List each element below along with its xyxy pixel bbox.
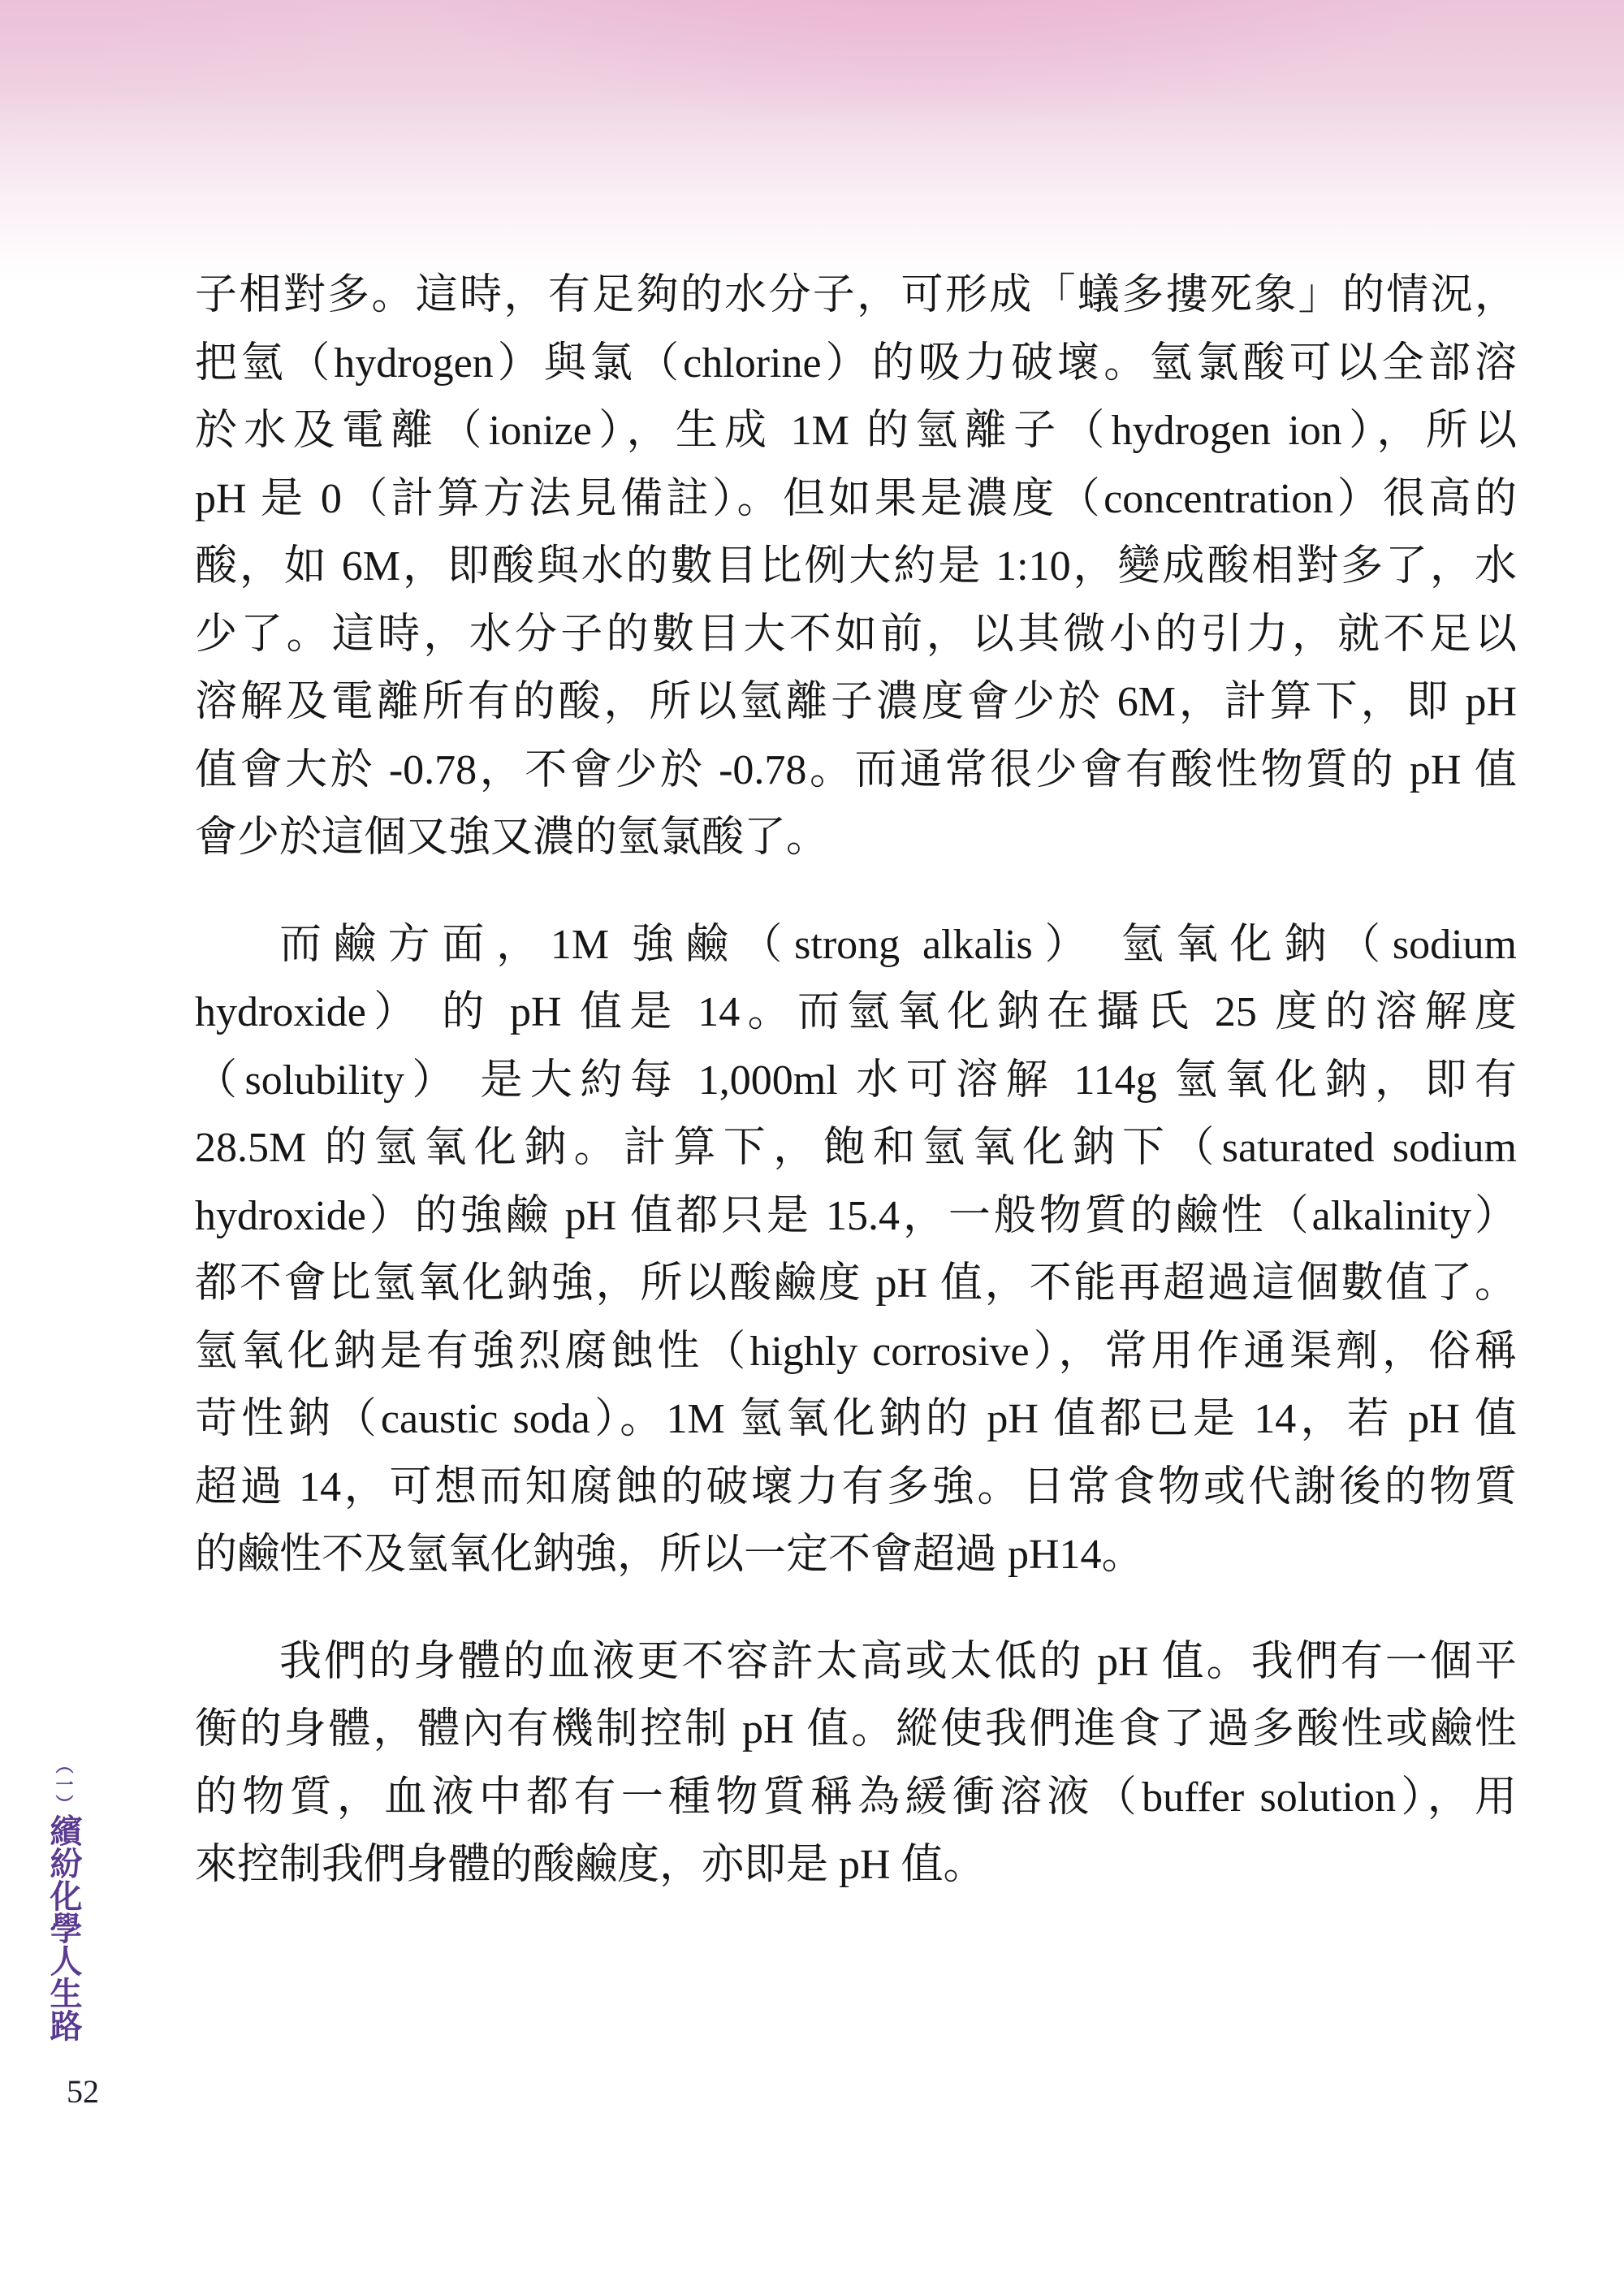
text-line: pH 是 0（計算方法見備註）。但如果是濃度（concentration）很高的 xyxy=(195,465,1517,534)
text-line: 我們的身體的血液更不容許太高或太低的 pH 值。我們有一個平 xyxy=(195,1628,1517,1696)
text-line: 溶解及電離所有的酸，所以氫離子濃度會少於 6M，計算下，即 pH xyxy=(195,668,1517,737)
text-line: （solubility） 是大約每 1,000ml 水可溶解 114g 氫氧化鈉… xyxy=(195,1047,1517,1115)
text-line: 子相對多。這時，有足夠的水分子，可形成「蟻多摟死象」的情況， xyxy=(195,261,1517,330)
text-line: 的物質，血液中都有一種物質稱為緩衝溶液（buffer solution），用 xyxy=(195,1764,1517,1832)
text-line: 衡的身體，體內有機制控制 pH 值。縱使我們進食了過多酸性或鹼性 xyxy=(195,1696,1517,1764)
text-line: 28.5M 的氫氧化鈉。計算下，飽和氫氧化鈉下（saturated sodium xyxy=(195,1114,1517,1182)
paragraph-alkalis: 而鹼方面，1M 強鹼（strong alkalis） 氫氧化鈉（sodium h… xyxy=(195,911,1517,1589)
text-line: 苛性鈉（caustic soda）。1M 氫氧化鈉的 pH 值都已是 14，若 … xyxy=(195,1385,1517,1454)
body-text: 子相對多。這時，有足夠的水分子，可形成「蟻多摟死象」的情況， 把氫（hydrog… xyxy=(195,261,1517,1899)
text-line: 超過 14，可想而知腐蝕的破壞力有多強。日常食物或代謝後的物質 xyxy=(195,1454,1517,1522)
chapter-title: 繽紛化學人生路 xyxy=(45,1814,86,2042)
text-line: 都不會比氫氧化鈉強，所以酸鹼度 pH 值，不能再超過這個數值了。 xyxy=(195,1250,1517,1318)
text-line: 少了。這時，水分子的數目大不如前，以其微小的引力，就不足以 xyxy=(195,601,1517,669)
chapter-sidebar: （一）繽紛化學人生路 xyxy=(41,1756,87,2042)
text-line: 值會大於 -0.78，不會少於 -0.78。而通常很少會有酸性物質的 pH 值 xyxy=(195,737,1517,805)
text-line: 的鹼性不及氫氧化鈉強，所以一定不會超過 pH14。 xyxy=(195,1521,1517,1589)
decorative-header-gradient xyxy=(0,0,1624,280)
text-line: 來控制我們身體的酸鹼度，亦即是 pH 值。 xyxy=(195,1831,1517,1899)
text-line: 於水及電離（ionize），生成 1M 的氫離子（hydrogen ion），所… xyxy=(195,397,1517,465)
text-line: 酸，如 6M，即酸與水的數目比例大約是 1:10，變成酸相對多了，水 xyxy=(195,533,1517,601)
text-line: hydroxide） 的 pH 值是 14。而氫氧化鈉在攝氏 25 度的溶解度 xyxy=(195,979,1517,1047)
text-line: 會少於這個又強又濃的氫氯酸了。 xyxy=(195,804,1517,872)
paragraph-blood-buffer: 我們的身體的血液更不容許太高或太低的 pH 值。我們有一個平 衡的身體，體內有機… xyxy=(195,1628,1517,1899)
chapter-number: （一） xyxy=(54,1756,74,1814)
page-number: 52 xyxy=(67,2072,99,2111)
text-line: 而鹼方面，1M 強鹼（strong alkalis） 氫氧化鈉（sodium xyxy=(195,911,1517,979)
paragraph-acids: 子相對多。這時，有足夠的水分子，可形成「蟻多摟死象」的情況， 把氫（hydrog… xyxy=(195,261,1517,872)
text-line: hydroxide）的強鹼 pH 值都只是 15.4，一般物質的鹼性（alkal… xyxy=(195,1182,1517,1251)
text-line: 氫氧化鈉是有強烈腐蝕性（highly corrosive），常用作通渠劑，俗稱 xyxy=(195,1318,1517,1386)
text-line: 把氫（hydrogen）與氯（chlorine）的吸力破壞。氫氯酸可以全部溶 xyxy=(195,330,1517,398)
book-page: 子相對多。這時，有足夠的水分子，可形成「蟻多摟死象」的情況， 把氫（hydrog… xyxy=(0,0,1624,2273)
